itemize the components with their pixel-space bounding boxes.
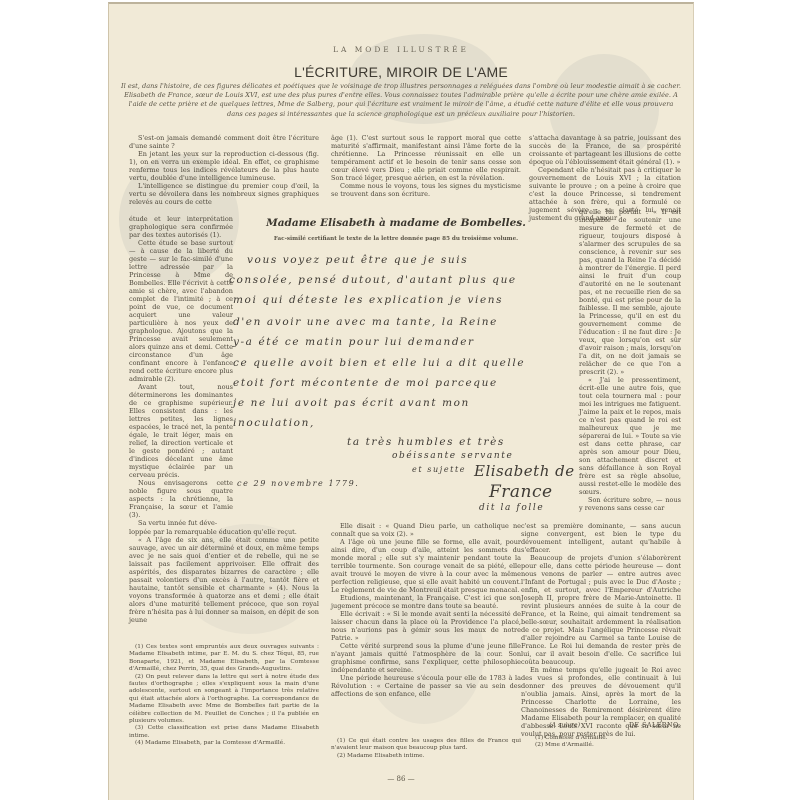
footnote: (1) Ce qui était contre les usages des f…	[331, 738, 521, 753]
paragraph: S'est-on jamais demandé comment doit êtr…	[129, 134, 319, 150]
letter-date: ce 29 novembre 1779.	[237, 479, 359, 488]
paragraph: âge (1). C'est surtout sous le rapport m…	[331, 134, 521, 182]
handwritten-line: etoit fort mécontente de moi parceque	[233, 377, 498, 389]
paragraph: « J'ai le pressentiment, écrit-elle une …	[579, 376, 681, 496]
paragraph: Cette étude se base surtout — à cause de…	[129, 239, 233, 383]
running-head: LA MODE ILLUSTRÉE	[109, 45, 693, 54]
paragraph: Elle écrivait : « Si le monde avait sent…	[331, 610, 521, 642]
article-intro: Il est, dans l'histoire, de ces figures …	[121, 82, 681, 119]
footnote: (3) Cette classification est prise dans …	[129, 725, 319, 740]
letter-postscript: dit la folle	[479, 503, 544, 513]
magazine-page: LA MODE ILLUSTRÉE L'ÉCRITURE, MIROIR DE …	[108, 2, 694, 800]
letter-signature: Elisabeth de	[474, 462, 575, 480]
letter-signature: France	[489, 482, 553, 502]
footnote: (4) Madame Elisabeth, par la Comtesse d'…	[129, 740, 319, 747]
column-2-top: âge (1). C'est surtout sous le rapport m…	[331, 134, 521, 198]
paragraph: En jetant les yeux sur la reproduction c…	[129, 150, 319, 182]
column-1-footnotes: (1) Ces textes sont empruntés aux deux o…	[129, 644, 319, 748]
footnote: (2) On peut relever dans la lettre qui s…	[129, 674, 319, 726]
paragraph: A l'âge où une jeune fille se forme, ell…	[331, 538, 521, 594]
column-2-footnotes: (1) Ce qui était contre les usages des f…	[331, 738, 521, 760]
paragraph: « A l'âge de six ans, elle était comme u…	[129, 536, 319, 624]
paragraph: L'intelligence se distingue du premier c…	[129, 182, 319, 206]
paragraph: Sa vertu innée fut déve-	[129, 519, 233, 527]
paragraph: Cette vérité surprend sous la plume d'un…	[331, 642, 521, 674]
paragraph: Elle disait : « Quand Dieu parle, un cat…	[331, 522, 521, 538]
handwritten-line: je ne lui avoit pas écrit avant mon	[233, 397, 470, 409]
page-number: — 86 —	[109, 775, 693, 783]
letter-closing: ta très humbles et très	[347, 436, 505, 448]
column-3-bottom: c'est sa première dominante, — sans aucu…	[521, 522, 681, 738]
letter-closing: obéissante servante	[392, 451, 513, 461]
footnote: (2) Mme d'Armaillé.	[529, 742, 679, 749]
column-3-narrow: qu'elle lui portait : « Il est incapable…	[579, 208, 681, 512]
letter-heading: Madame Elisabeth à madame de Bombelles.	[227, 217, 565, 229]
handwritten-line: y-a été ce matin pour lui demander	[233, 336, 475, 348]
handwritten-line: ce quelle avoit bien et elle lui a dit q…	[233, 357, 525, 369]
paragraph: s'attacha davantage à sa patrie, jouissa…	[529, 134, 681, 166]
paragraph: étude et leur interprétation graphologiq…	[129, 215, 233, 239]
paragraph: Etudions, maintenant, la Française. C'es…	[331, 594, 521, 610]
paragraph: loppée par la remarquable éducation qu'e…	[129, 528, 319, 536]
footnote: (1) Ces textes sont empruntés aux deux o…	[129, 644, 319, 674]
paragraph: Beaucoup de projets d'union s'élaborèren…	[521, 554, 681, 666]
paragraph: Son écriture sobre, — nous y revenons sa…	[579, 496, 681, 512]
footnote: (2) Madame Elisabeth intime.	[331, 753, 521, 760]
column-2-bottom: Elle disait : « Quand Dieu parle, un cat…	[331, 522, 521, 698]
letter-facsimile: Madame Elisabeth à madame de Bombelles. …	[227, 214, 565, 499]
handwritten-line: moi qui déteste les explication je viens	[233, 294, 503, 306]
letter-closing: et sujette	[412, 465, 466, 474]
article-title: L'ÉCRITURE, MIROIR DE L'AME	[109, 64, 693, 80]
to-be-continued: (A suivre)	[549, 722, 580, 729]
paragraph: c'est sa première dominante, — sans aucu…	[521, 522, 681, 554]
paragraph: Nous envisagerons cette noble figure sou…	[129, 479, 233, 519]
letter-caption: Fac-similé certifiant le texte de la let…	[227, 236, 565, 242]
paragraph: qu'elle lui portait : « Il est incapable…	[579, 208, 681, 376]
author-signature: DE SALERNO.	[629, 722, 681, 729]
handwritten-line: consolée, pensé dutout, d'autant plus qu…	[229, 274, 517, 286]
paragraph: Avant tout, nous déterminerons les domin…	[129, 383, 233, 479]
column-1-narrow: étude et leur interprétation graphologiq…	[129, 215, 233, 527]
handwritten-line: inoculation,	[233, 417, 315, 429]
handwritten-line: d'en avoir une avec ma tante, la Reine	[233, 316, 498, 328]
paragraph: Comme nous le voyons, tous les signes du…	[331, 182, 521, 198]
column-1-bottom: loppée par la remarquable éducation qu'e…	[129, 528, 319, 624]
column-1-top: S'est-on jamais demandé comment doit êtr…	[129, 134, 319, 206]
handwritten-line: vous voyez peut être que je suis	[247, 254, 468, 266]
column-3-footnotes: (1) Comtesse d'Armaillé. (2) Mme d'Armai…	[529, 735, 679, 750]
paragraph: Une période heureuse s'écoula pour elle …	[331, 674, 521, 698]
